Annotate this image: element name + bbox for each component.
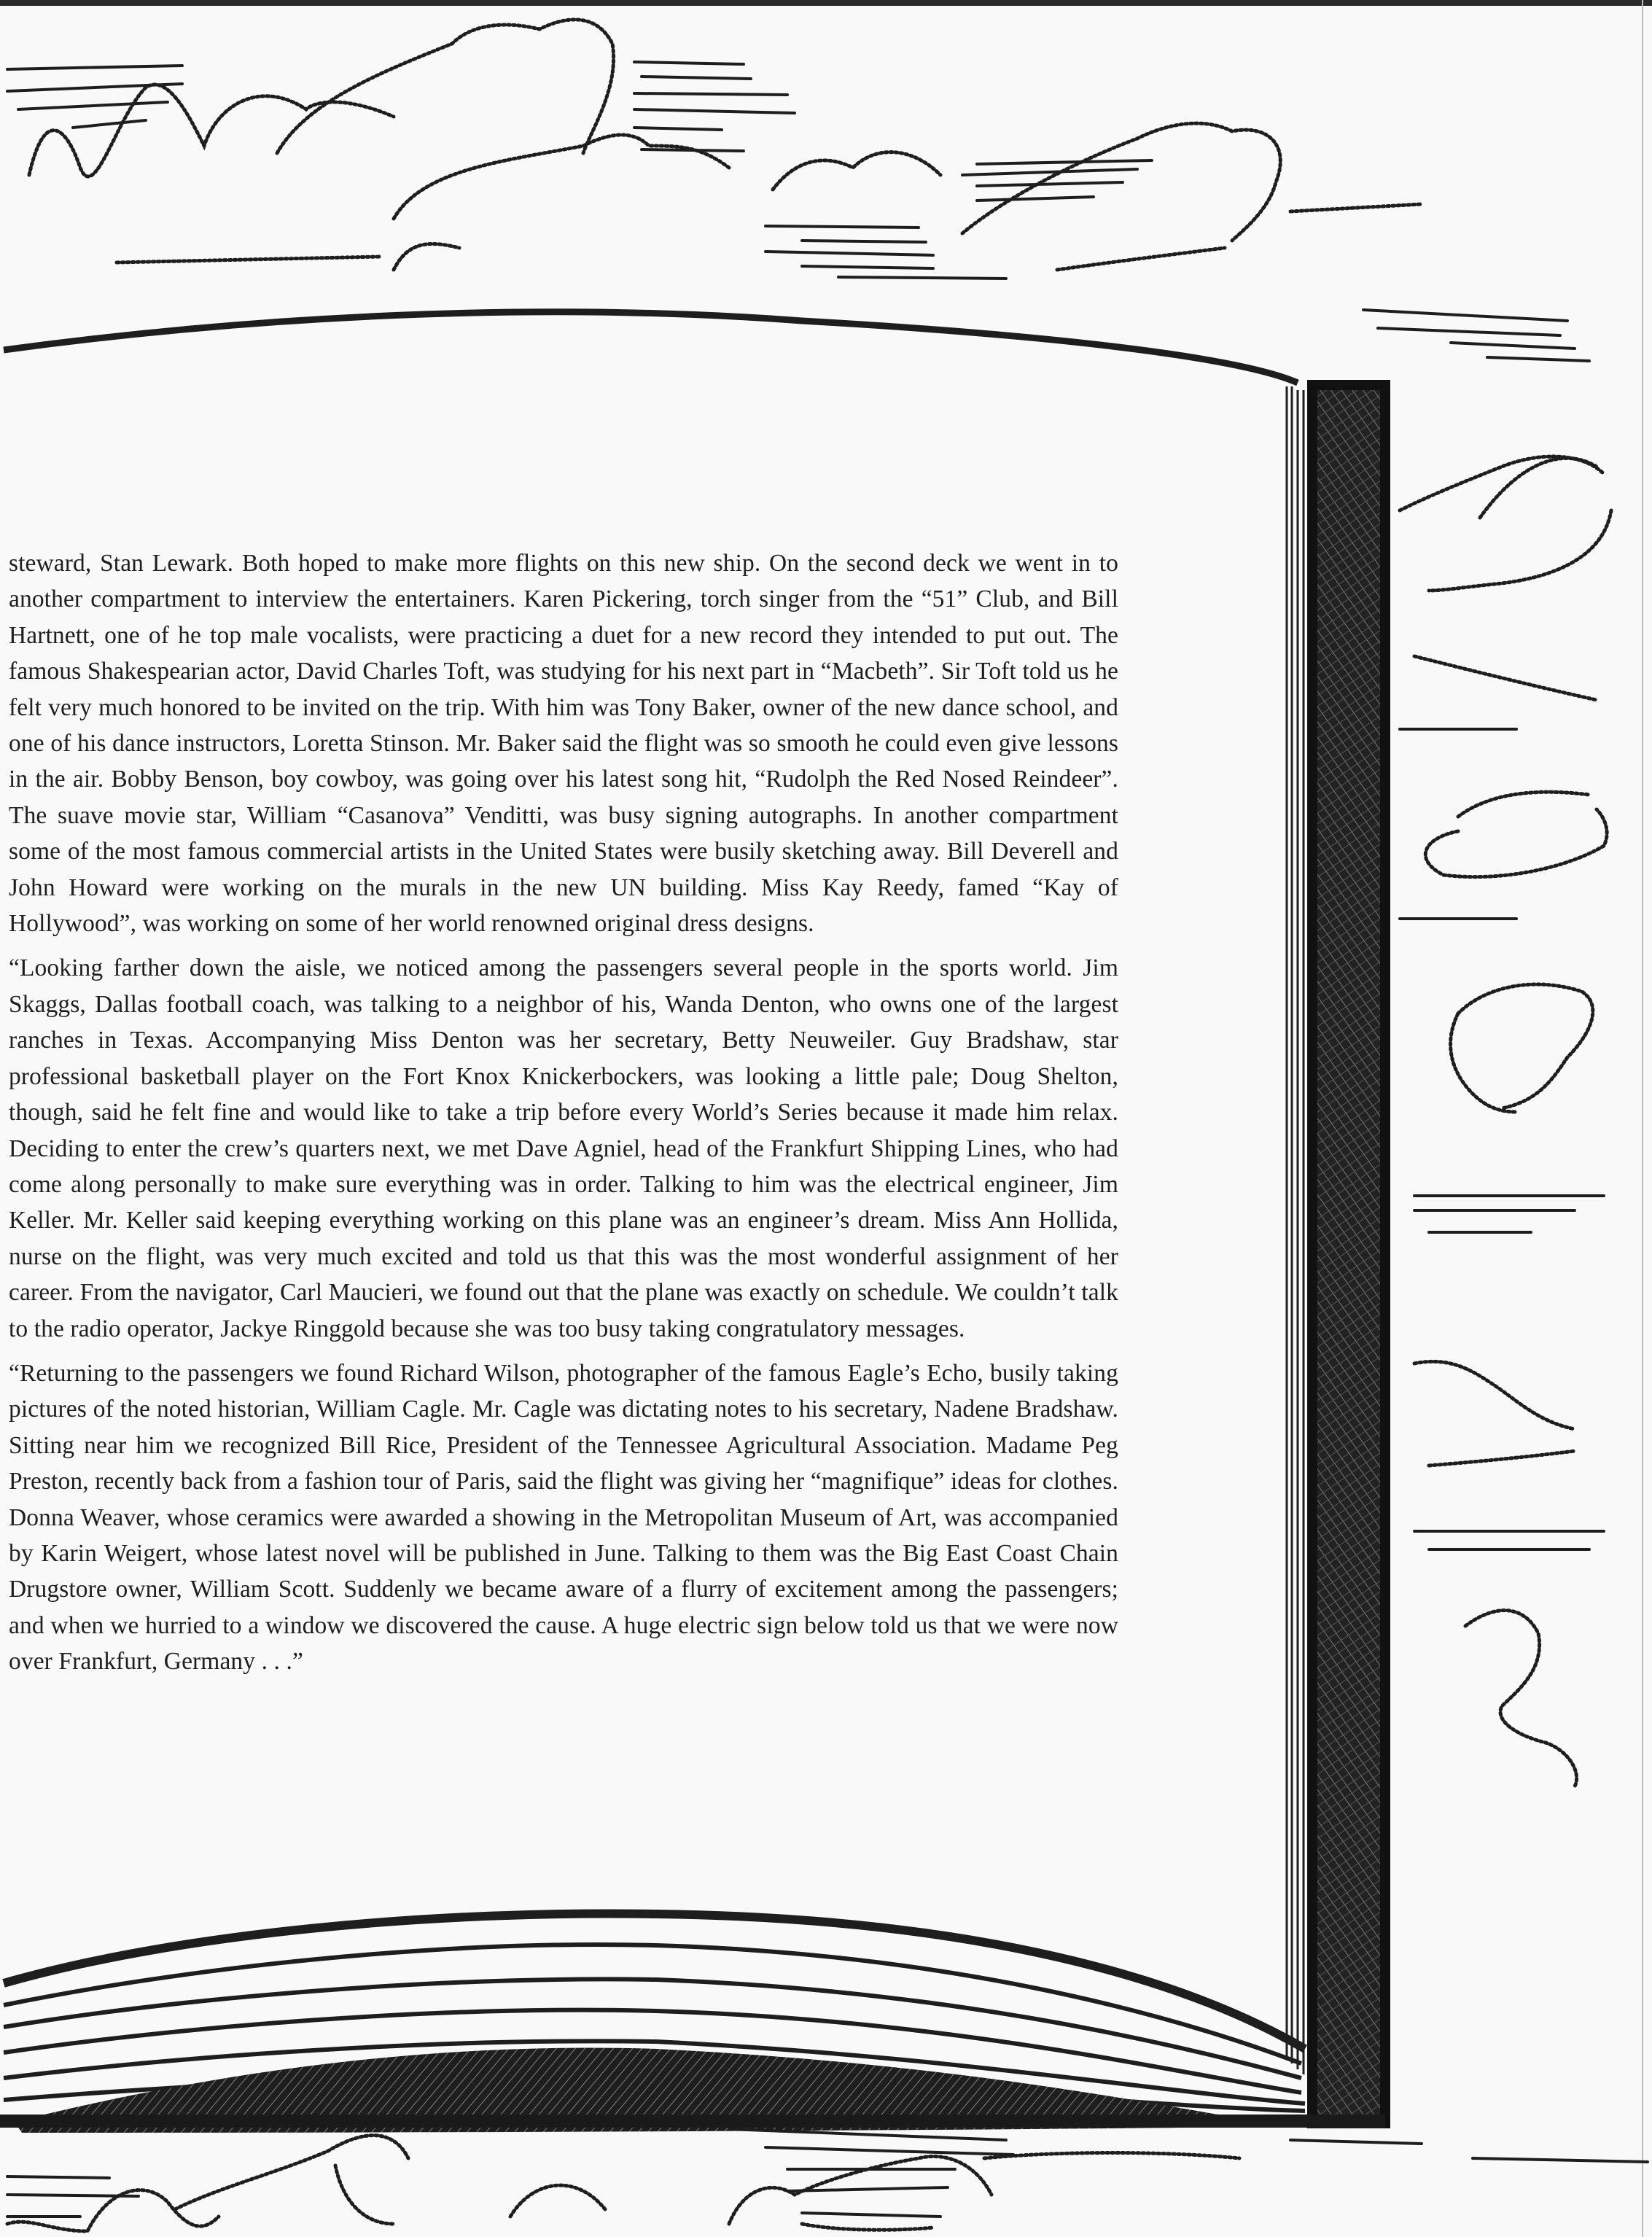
paragraph-entertainers: steward, Stan Lewark. Both hoped to make… <box>9 545 1118 941</box>
book-spine-cover <box>1312 385 1385 2123</box>
article-body: steward, Stan Lewark. Both hoped to make… <box>9 545 1118 1689</box>
book-spine <box>1287 386 1309 2078</box>
book-top-page-edge <box>4 312 1298 383</box>
paragraph-sports-and-crew: “Looking farther down the aisle, we noti… <box>9 950 1118 1346</box>
paragraph-returning-passengers: “Returning to the passengers we found Ri… <box>9 1355 1118 1680</box>
right-clouds-decoration <box>1400 456 1611 1786</box>
bottom-wind-lines-decoration <box>7 2129 1648 2217</box>
right-wind-lines-decoration <box>1400 729 1604 1549</box>
bottom-clouds-decoration <box>7 2136 1239 2231</box>
top-clouds-decoration <box>29 20 1422 270</box>
top-wind-lines-decoration <box>7 62 1589 361</box>
